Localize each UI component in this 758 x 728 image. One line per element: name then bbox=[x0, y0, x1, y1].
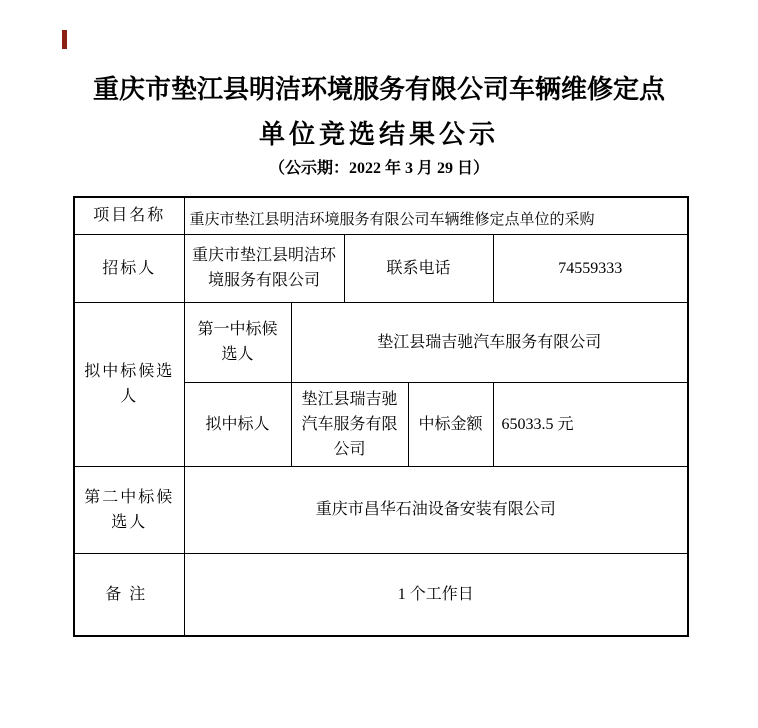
candidates-group-label: 拟中标候选人 bbox=[74, 302, 184, 466]
publicity-period: （公示期：2022 年 3 月 29 日） bbox=[0, 158, 758, 180]
table-row-remarks: 备注 1 个工作日 bbox=[74, 553, 688, 636]
announcement-page: 重庆市垫江县明洁环境服务有限公司车辆维修定点 单位竞选结果公示 （公示期：202… bbox=[0, 0, 758, 728]
second-candidate-value: 重庆市昌华石油设备安装有限公司 bbox=[184, 466, 688, 553]
page-title: 重庆市垫江县明洁环境服务有限公司车辆维修定点 单位竞选结果公示 bbox=[0, 67, 758, 157]
contact-phone-label: 联系电话 bbox=[344, 234, 493, 302]
second-candidate-label: 第二中标候选人 bbox=[74, 466, 184, 553]
table-row-project: 项目名称 重庆市垫江县明洁环境服务有限公司车辆维修定点单位的采购 bbox=[74, 197, 688, 234]
result-table: 项目名称 重庆市垫江县明洁环境服务有限公司车辆维修定点单位的采购 招标人 重庆市… bbox=[73, 196, 689, 637]
proposed-winner-label: 拟中标人 bbox=[184, 382, 291, 466]
table-row-first-candidate: 拟中标候选人 第一中标候选人 垫江县瑞吉驰汽车服务有限公司 bbox=[74, 302, 688, 382]
table-row-second-candidate: 第二中标候选人 重庆市昌华石油设备安装有限公司 bbox=[74, 466, 688, 553]
table-row-tenderer: 招标人 重庆市垫江县明洁环境服务有限公司 联系电话 74559333 bbox=[74, 234, 688, 302]
proposed-winner-value: 垫江县瑞吉驰汽车服务有限公司 bbox=[291, 382, 408, 466]
award-amount-value: 65033.5 元 bbox=[493, 382, 688, 466]
first-candidate-value: 垫江县瑞吉驰汽车服务有限公司 bbox=[291, 302, 688, 382]
page-title-line1: 重庆市垫江县明洁环境服务有限公司车辆维修定点 bbox=[0, 67, 758, 112]
remarks-value: 1 个工作日 bbox=[184, 553, 688, 636]
project-name-label: 项目名称 bbox=[74, 197, 184, 234]
tenderer-label: 招标人 bbox=[74, 234, 184, 302]
contact-phone-value: 74559333 bbox=[493, 234, 688, 302]
remarks-label: 备注 bbox=[74, 553, 184, 636]
tenderer-value: 重庆市垫江县明洁环境服务有限公司 bbox=[184, 234, 344, 302]
project-name-value: 重庆市垫江县明洁环境服务有限公司车辆维修定点单位的采购 bbox=[184, 197, 688, 234]
first-candidate-label: 第一中标候选人 bbox=[184, 302, 291, 382]
award-amount-label: 中标金额 bbox=[408, 382, 493, 466]
red-stamp-mark bbox=[62, 30, 67, 49]
page-title-line2: 单位竞选结果公示 bbox=[0, 112, 758, 157]
